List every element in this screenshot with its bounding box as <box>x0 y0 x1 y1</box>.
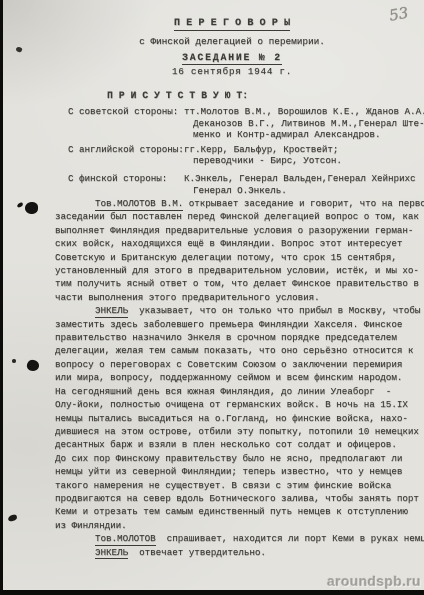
body-line: делегации, желая тем самым показать, что… <box>55 344 424 357</box>
body-text: из Финляндии. <box>55 520 127 531</box>
body-text: На сегодняшний день вся южная Финляндия,… <box>55 386 391 397</box>
ink-blot <box>7 514 17 522</box>
body-line: из Финляндии. <box>55 519 424 532</box>
minutes-body: Тов.МОЛОТОВ В.М. открывает заседание и г… <box>55 197 424 559</box>
body-text: правительство назначило Энкеля в срочном… <box>55 332 397 343</box>
speaker-name: ЭНКЕЛЬ <box>95 305 128 318</box>
body-line: Кеми и отрезать тем самым единственный п… <box>55 505 424 518</box>
body-text: делегации, желая тем самым показать, что… <box>55 345 413 356</box>
body-line: Тов.МОЛОТОВ В.М. открывает заседание и г… <box>55 197 424 210</box>
document-header: П Е Р Е Г О В О Р Ы с Финской делегацией… <box>40 18 424 77</box>
body-line: немцы уйти из северной Финляндии; теперь… <box>55 465 424 478</box>
scan-edge-left <box>0 0 3 595</box>
body-text: заместить здесь заболевшего премьера Фин… <box>55 319 402 330</box>
body-text: немцы уйти из северной Финляндии; теперь… <box>55 466 402 477</box>
body-line: тим получить ясный ответ о том, что дела… <box>55 277 424 290</box>
body-text: тим получить ясный ответ о том, что дела… <box>55 278 419 289</box>
attendees-list: С советской стороны:тт.Молотов В.М., Вор… <box>0 106 424 196</box>
attendee-names-line: переводчики - Бирс, Уотсон. <box>184 155 342 167</box>
attendee-names-line: К.Энкель, Генерал Вальден,Генерал Хейнри… <box>184 173 416 185</box>
body-line: На сегодняшний день вся южная Финляндия,… <box>55 385 424 398</box>
ink-blot <box>26 359 40 373</box>
attendee-names-line: Генерал О.Энкель. <box>184 185 416 197</box>
body-text: заседании был поставлен перед Финской де… <box>55 211 419 222</box>
body-text: немцы пытались высадиться на о.Гогланд, … <box>55 413 408 424</box>
body-line: части выполнения этого предварительного … <box>55 291 424 304</box>
body-line: немцы пытались высадиться на о.Гогланд, … <box>55 412 424 425</box>
scanned-document-page: 53 П Е Р Е Г О В О Р Ы с Финской делегац… <box>0 0 424 595</box>
body-text: или мира, вопросу, поддержанному сеймом … <box>55 372 402 383</box>
attendee-side-label: С финской стороны: <box>68 173 184 185</box>
ink-blot <box>15 46 23 53</box>
attendee-row: С советской стороны:тт.Молотов В.М., Вор… <box>0 106 424 141</box>
document-title: П Е Р Е Г О В О Р Ы <box>174 18 290 31</box>
body-line: установленный для этого в предварительно… <box>55 264 424 277</box>
body-text: десантных барж и взяли в плен несколько … <box>55 439 397 450</box>
body-text: дившиеся на этом острове, отбили эту поп… <box>55 426 419 437</box>
body-text: Советскую и Британскую делегации потому,… <box>55 252 397 263</box>
attendee-names: К.Энкель, Генерал Вальден,Генерал Хейнри… <box>184 173 416 196</box>
body-text: части выполнения этого предварительного … <box>55 292 320 303</box>
document-subtitle: с Финской делегацией о перемирии. <box>40 36 424 47</box>
body-text: Кеми и отрезать тем самым единственный п… <box>55 506 408 517</box>
attendee-names: гг.Керр, Бальфур, Кроствейт;переводчики … <box>184 144 342 167</box>
present-heading: П Р И С У Т С Т В У Ю Т: <box>107 90 248 101</box>
body-line: десантных барж и взяли в плен несколько … <box>55 438 424 451</box>
speaker-name: ЭНКЕЛЬ <box>95 547 128 560</box>
body-text: До сих пор Финскому правительству было н… <box>55 453 402 464</box>
body-text: такого намерения не существует. В связи … <box>55 480 391 491</box>
attendee-names-line: тт.Молотов В.М., Ворошилов К.Е., Жданов … <box>184 106 424 118</box>
attendee-names-line: гг.Керр, Бальфур, Кроствейт; <box>184 144 342 156</box>
attendee-row: С английской стороны:гг.Керр, Бальфур, К… <box>0 144 424 167</box>
body-text: спрашивает, находится ли порт Кеми в рук… <box>156 533 424 544</box>
ink-blot <box>16 202 23 208</box>
body-text: указывает, что он только что прибыл в Мо… <box>128 305 420 316</box>
ink-blot <box>12 359 16 363</box>
attendee-names: тт.Молотов В.М., Ворошилов К.Е., Жданов … <box>184 106 424 141</box>
body-text: вопросу о переговорах с Советским Союзом… <box>55 359 402 370</box>
attendee-row: С финской стороны:К.Энкель, Генерал Валь… <box>0 173 424 196</box>
body-line: ских войск, находящихся ещё в Финляндии.… <box>55 237 424 250</box>
watermark: aroundspb.ru <box>327 573 421 589</box>
body-line: Советскую и Британскую делегации потому,… <box>55 251 424 264</box>
body-line: вопросу о переговорах с Советским Союзом… <box>55 358 424 371</box>
body-text: продвигаются на север вдоль Ботнического… <box>55 493 419 504</box>
body-line: ЭНКЕЛЬ отвечает утвердительно. <box>55 546 424 559</box>
body-line: До сих пор Финскому правительству было н… <box>55 452 424 465</box>
body-text: Олу-йоки, полностью очищена от германски… <box>55 399 408 410</box>
attendee-side-label: С советской стороны: <box>68 106 184 118</box>
body-line: Олу-йоки, полностью очищена от германски… <box>55 398 424 411</box>
body-line: ЭНКЕЛЬ указывает, что он только что приб… <box>55 304 424 317</box>
body-line: дившиеся на этом острове, отбили эту поп… <box>55 425 424 438</box>
attendee-names-line: Деканозов В.Г., Литвинов М.М.,Генерал Шт… <box>184 118 424 130</box>
body-line: правительство назначило Энкеля в срочном… <box>55 331 424 344</box>
body-line: продвигаются на север вдоль Ботнического… <box>55 492 424 505</box>
body-text: отвечает утвердительно. <box>128 547 266 558</box>
scan-edge-bottom <box>0 590 424 595</box>
speaker-name: Тов.МОЛОТОВ <box>95 533 156 546</box>
attendee-side-label: С английской стороны: <box>68 144 184 156</box>
attendee-names-line: менко и Контр-адмирал Александров. <box>184 129 424 141</box>
session-date: 16 сентября 1944 г. <box>40 66 424 77</box>
body-text: ских войск, находящихся ещё в Финляндии.… <box>55 238 402 249</box>
body-line: выполняет Финляндия предварительные усло… <box>55 224 424 237</box>
body-line: заседании был поставлен перед Финской де… <box>55 210 424 223</box>
session-heading: ЗАСЕДАНИЕ № 2 <box>182 52 282 65</box>
body-text: открывает заседание и говорит, что на пе… <box>183 198 424 209</box>
speaker-name: Тов.МОЛОТОВ В.М. <box>95 198 183 211</box>
body-line: или мира, вопросу, поддержанному сеймом … <box>55 371 424 384</box>
ink-blot <box>25 202 38 214</box>
document-title-row: П Е Р Е Г О В О Р Ы <box>40 18 424 29</box>
body-text: выполняет Финляндия предварительные усло… <box>55 225 413 236</box>
session-heading-row: ЗАСЕДАНИЕ № 2 <box>40 52 424 63</box>
body-line: Тов.МОЛОТОВ спрашивает, находится ли пор… <box>55 532 424 545</box>
body-line: заместить здесь заболевшего премьера Фин… <box>55 318 424 331</box>
body-line: такого намерения не существует. В связи … <box>55 479 424 492</box>
body-text: установленный для этого в предварительно… <box>55 265 419 276</box>
